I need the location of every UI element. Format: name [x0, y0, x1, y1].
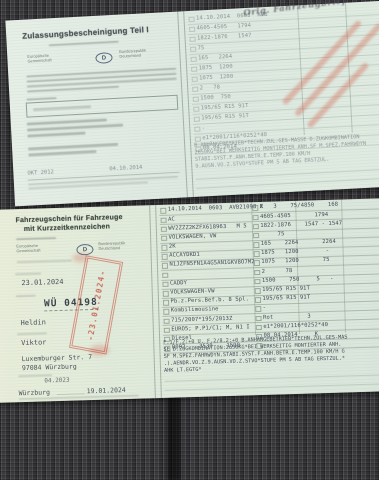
field-value: 1500 750 5 - — [262, 277, 334, 285]
field-number-box — [252, 215, 258, 221]
address-line1: Luxemburger Str. 7 — [22, 353, 93, 363]
field-number-box — [192, 76, 198, 82]
field-number-box — [162, 263, 168, 269]
grid-line — [165, 383, 379, 391]
field-number-box — [161, 217, 167, 223]
field-value: 14.10.2014 0603 AVB21098 K — [168, 205, 264, 213]
field-value: e1*2001/116*0252*40 — [263, 323, 328, 330]
photo-background: Zulassungsbescheinigung Teil I Europäisc… — [0, 0, 379, 480]
doc2-data-table: 14.10.2014 0603 AVB21098 K AC WV2ZZZ2KZF… — [159, 200, 379, 354]
field-number-box — [192, 86, 198, 92]
field-value: WV2ZZZ2KZFX618963 M 5 — [168, 224, 247, 232]
grid-line — [164, 374, 379, 382]
field-number-box — [163, 309, 169, 315]
field-value: EURO5; P.P1/C1; M, N1 I — [171, 325, 250, 333]
field-value: 4605-4505 1794 — [196, 23, 251, 31]
holder-firstname: Viktor — [21, 338, 47, 347]
field-number-box — [191, 56, 197, 62]
holder-surname: Heldin — [20, 318, 46, 327]
field-number-box — [190, 46, 196, 52]
field-number-box — [161, 226, 167, 232]
field-number-box — [164, 318, 170, 324]
short-term-vehicle-permit: Fahrzeugschein für Fahrzeuge mit Kurzzei… — [0, 198, 379, 403]
field-value: N1JZFN5FN1A4G5AN1GKV8O7M2 — [169, 261, 254, 269]
date-stamp: -23.01.2024- — [69, 255, 123, 354]
stamp-ink-smudge — [89, 345, 109, 357]
field-number-box — [193, 96, 199, 102]
field-value: CADDY — [170, 281, 187, 287]
vehicle-id-column: 14.10.2014 0603 AVB21098 K AC WV2ZZZ2KZF… — [159, 204, 255, 354]
field-value: 195/65 R15 91T — [201, 114, 249, 122]
field-value: 165 2264 — [198, 55, 232, 62]
field-value: 195/65 R15 91T — [262, 287, 310, 294]
field-number-box — [161, 236, 167, 242]
doc1-date-left: OKT 2012 — [27, 169, 54, 176]
doc1-title: Zulassungsbescheinigung Teil I — [22, 25, 149, 41]
field-number-box — [164, 327, 170, 333]
plate-smudge — [33, 105, 91, 111]
field-value: 2 78 — [200, 85, 221, 92]
field-value: - — [263, 306, 267, 312]
field-value: 1875 1200 — [199, 65, 233, 72]
issue-place: Würzburg — [19, 388, 51, 397]
field-value: 75 — [198, 46, 205, 52]
dotted-line — [57, 393, 85, 395]
decorative-line — [49, 41, 119, 47]
field-value: 4605-4505 1794 — [260, 212, 328, 220]
field-value: VOLKSWAGEN-VW — [170, 289, 215, 296]
germany-label: BundesrepublikDeutschland — [98, 242, 125, 252]
field-number-box — [254, 251, 260, 257]
field-value: AC — [168, 217, 175, 223]
field-number-box — [188, 16, 194, 22]
field-value: Pb.z.Pers.Bef.b. 8 Spl. — [170, 298, 249, 306]
field-number-box — [252, 205, 258, 211]
field-number-box — [253, 242, 259, 248]
field-value: 195/65 R15 91T — [262, 296, 310, 303]
field-number-box — [255, 288, 261, 294]
column-divider — [177, 12, 188, 198]
doc-number-smudge — [16, 237, 56, 240]
doc2-title-line2: mit Kurzzeitkennzeichen — [24, 223, 110, 233]
field-number-box — [194, 126, 200, 132]
field-value: ACCAYDKD1 — [169, 253, 200, 259]
field-number-box — [255, 306, 261, 312]
field-number-box — [195, 136, 201, 142]
field-value: 1500 750 — [200, 95, 231, 102]
field-number-box — [160, 208, 166, 214]
doc2-remarks: F.1/F.2:+0 U. F.2/8.2:+0 B.ANHÄNGEBETRIE… — [163, 333, 379, 375]
eu-community-label: EuropäischeGemeinschaft — [16, 245, 40, 255]
field-number-box — [163, 300, 169, 306]
field-number-box — [256, 325, 262, 331]
field-value: Rot 3 — [263, 314, 311, 321]
note-date: 04.2023 — [44, 377, 69, 385]
firstname-label-smudge — [17, 332, 47, 335]
field-number-box — [162, 282, 168, 288]
column-divider — [149, 205, 156, 398]
field-value: 75 — [261, 232, 285, 238]
d-oval-icon: D — [95, 52, 113, 64]
field-value: 165 2264 2264 — [261, 240, 336, 248]
field-value: 1875 1200 - — [261, 249, 329, 257]
address-smudge-line — [28, 150, 96, 157]
field-value: 715/2007*195/2013Z — [171, 316, 233, 323]
field-number-box — [254, 270, 260, 276]
field-number-box — [253, 224, 259, 230]
field-value: VOLKSWAGEN, VW — [169, 234, 217, 241]
field-number-box — [189, 26, 195, 32]
field-value: Kombilimousine — [171, 308, 219, 315]
field-value: 195/65 R15 91T — [201, 104, 249, 112]
field-number-box — [254, 260, 260, 266]
field-value: 1075 1200 — [199, 74, 233, 81]
address-line2: 97084 Würzburg — [22, 362, 77, 372]
validity-label-smudge — [15, 272, 41, 275]
germany-label: BundesrepublikDeutschland — [119, 49, 146, 59]
field-value: 1822-1876 1547 — [197, 33, 252, 41]
field-number-box — [191, 66, 197, 72]
field-number-box — [255, 316, 261, 322]
field-value: 1822-1876 1547 - 1547 — [260, 221, 342, 229]
field-number-box — [162, 254, 168, 260]
plate-field-label — [27, 97, 57, 101]
stamp-date-text: -23.01.2024- — [85, 269, 107, 342]
field-number-box — [194, 116, 200, 122]
address-smudge-line — [28, 143, 118, 151]
field-number-box — [161, 245, 167, 251]
holder-smudge-line — [27, 132, 85, 138]
field-number-box — [253, 233, 259, 239]
field-number-box — [254, 279, 260, 285]
field-number-box — [190, 36, 196, 42]
eu-community-label: EuropäischeGemeinschaft — [27, 54, 52, 64]
field-number-box — [162, 272, 168, 278]
field-value: 2 3 75/4850 168 — [260, 203, 339, 211]
field-value: 1075 1200 75 — [261, 258, 329, 266]
field-number-box — [193, 106, 199, 112]
field-value: 2K — [169, 245, 176, 251]
field-value: 2 78 — [262, 269, 293, 275]
validity-date: 23.01.2024 — [21, 278, 63, 287]
registration-certificate-part1: Zulassungsbescheinigung Teil I Europäisc… — [5, 0, 379, 206]
plate-label-smudge — [16, 295, 36, 298]
issue-date: 19.01.2024 — [87, 386, 126, 395]
doc1-date-right: 04.10.2014 — [109, 165, 142, 173]
field-number-box — [255, 297, 261, 303]
field-label-smudge — [17, 260, 72, 264]
field-value: - — [202, 126, 206, 132]
technical-data-column: 2 3 75/4850 168 4605-4505 1794 1822-1876… — [251, 200, 379, 351]
field-number-box — [163, 291, 169, 297]
